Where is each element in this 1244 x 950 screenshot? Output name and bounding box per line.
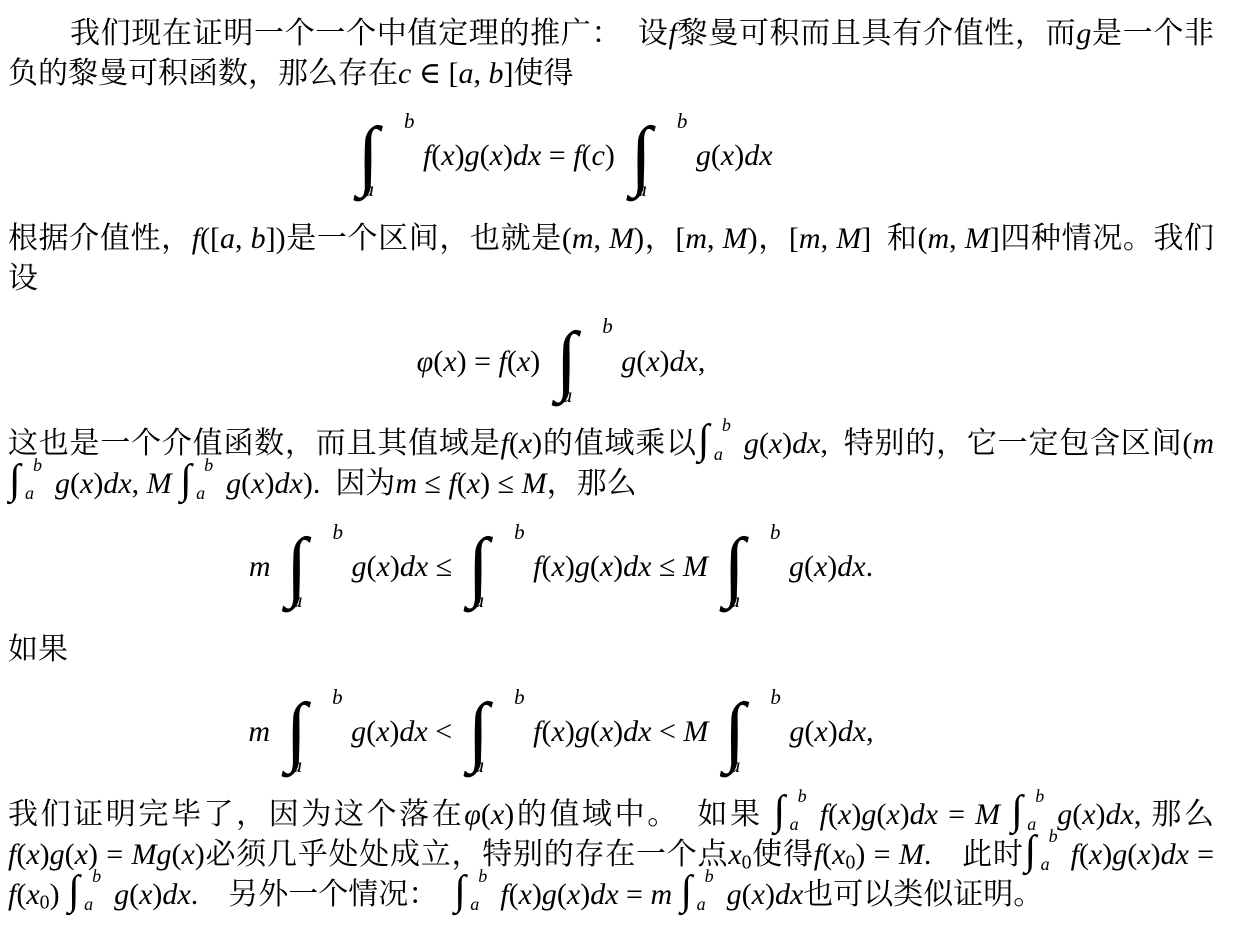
integral-upper-limit: b [770,684,781,712]
integral-sign: ∫ [180,459,192,501]
display-integral: ∫ba [464,528,522,606]
text-run: 也可以类似证明。 [803,878,1043,911]
text-run: 如果 [8,633,68,666]
math-run: f(x)g(x)dx = m [500,878,679,911]
text-run: ， [758,222,789,255]
integral-upper-limit: b [33,454,42,478]
math-run: ) [50,878,68,911]
text-run: 使得 [514,57,574,90]
math-run: f(x)g(x) = Mg(x) [8,838,205,871]
math-run: c ∈ [a, b] [398,57,514,90]
integral-sign: ∫ [698,419,710,461]
math-run: f(x)g(x)dx = M [820,798,1011,831]
inline-integral: ∫ba [180,467,225,499]
text-run: 的值域中。 如果 [514,798,772,831]
text-run: 这也是一个介值函数，而且其值域是 [8,427,500,460]
paragraph: 如果 [8,630,1214,670]
display-formula: m ∫ba g(x)dx ≤ ∫ba f(x)g(x)dx ≤ M ∫ba g(… [8,524,1214,610]
integral-upper-limit: b [798,785,807,809]
text-run: 是一个区间，也就是 [286,222,562,255]
math-run: g(x)dx). [226,467,320,500]
integral-sign: ∫ [774,790,786,832]
integral-upper-limit: b [478,865,487,889]
integral-upper-limit: b [92,865,101,889]
inline-integral: ∫ba [681,878,726,910]
integral-upper-limit: b [602,313,613,341]
integral-sign: ∫ [454,870,466,912]
display-formula: m ∫ba g(x)dx < ∫ba f(x)g(x)dx < M ∫ba g(… [8,689,1214,775]
document-page: 我们现在证明一个一个中值定理的推广： 设f黎曼可积而且具有介值性，而g是一个非负… [0,0,1244,950]
paragraph: 我们证明完毕了，因为这个落在φ(x)的值域中。 如果 ∫baf(x)g(x)dx… [8,795,1214,916]
text-run: 我们证明完毕了，因为这个落在 [8,798,464,831]
subscript: 0 [40,892,50,914]
text-run: 和 [871,222,917,255]
integral-sign: ∫ [681,870,693,912]
integral-lower-limit: a [292,587,303,615]
math-run: (m [1182,427,1214,460]
text-run: 因为 [320,467,395,500]
integral-lower-limit: a [470,893,479,917]
text-run: 我们现在证明一个一个中值定理的推广： 设 [70,17,669,50]
integral-upper-limit: b [705,865,714,889]
text-run: 那么 [1141,798,1214,831]
display-integral: ∫ba [552,322,610,400]
integral-upper-limit: b [514,684,525,712]
inline-integral: ∫ba [698,427,743,459]
integral-lower-limit: a [714,443,723,467]
text-run: 此时 [931,838,1023,871]
display-integral: ∫ba [464,693,522,771]
integral-upper-limit: b [770,519,781,547]
math-run: m [248,712,277,752]
integral-lower-limit: a [84,893,93,917]
text-run: ，那么 [547,467,637,500]
math-run: m ≤ f(x) ≤ M [395,467,546,500]
math-run: f(x) [500,427,542,460]
integral-lower-limit: a [292,752,303,780]
text-run: 特别的，它一定包含区间 [828,427,1182,460]
integral-upper-limit: b [1049,825,1058,849]
math-run: g(x)dx [688,136,772,176]
inline-integral: ∫ba [9,467,54,499]
paragraph: 我们现在证明一个一个中值定理的推广： 设f黎曼可积而且具有介值性，而g是一个非负… [8,14,1214,93]
integral-lower-limit: a [474,752,485,780]
math-run: g(x)dx, [1057,798,1141,831]
integral-upper-limit: b [404,108,415,136]
inline-integral: ∫ba [1025,838,1070,870]
math-run: φ(x) = f(x) [417,342,548,382]
display-integral: ∫ba [720,693,778,771]
integral-lower-limit: a [729,587,740,615]
math-run: g(x)dx, [744,427,828,460]
math-run: ) = M. [855,838,931,871]
math-run: φ(x) [464,798,514,831]
display-integral: ∫ba [282,693,340,771]
text-run: 的值域乘以 [542,427,697,460]
inline-integral: ∫ba [68,878,113,910]
display-integral: ∫ba [719,528,777,606]
integral-upper-limit: b [1035,785,1044,809]
integral-lower-limit: a [697,893,706,917]
math-run: x [728,838,741,871]
math-run: f(x)g(x)dx = f(c) [415,136,622,176]
math-run: (m, M) [562,222,644,255]
integral-upper-limit: b [677,108,688,136]
math-run: f(x)g(x)dx < M [526,712,716,752]
integral-sign: ∫ [9,459,21,501]
display-integral: ∫ba [282,528,340,606]
integral-upper-limit: b [333,519,344,547]
inline-integral: ∫ba [454,878,499,910]
math-run: g(x)dx, [614,342,706,382]
integral-lower-limit: a [730,752,741,780]
display-integral: ∫ba [353,117,411,195]
math-run: f [669,17,677,50]
text-run: 根据介值性， [8,222,192,255]
math-run: f(x)g(x)dx ≤ M [526,547,716,587]
integral-upper-limit: b [722,414,731,438]
integral-lower-limit: a [25,482,34,506]
text-run: 使得 [752,838,814,871]
subscript: 0 [845,851,855,873]
subscript: 0 [742,851,752,873]
integral-sign: ∫ [68,870,80,912]
math-run: g(x)dx ≤ [344,547,460,587]
paragraph: 这也是一个介值函数，而且其值域是f(x)的值域乘以∫bag(x)dx, 特别的，… [8,424,1214,503]
math-run: g(x)dx, M [55,467,179,500]
math-run: g(x)dx, [782,712,874,752]
integral-upper-limit: b [332,684,343,712]
math-run: (m, M] [917,222,999,255]
integral-upper-limit: b [514,519,525,547]
inline-integral: ∫ba [774,798,819,830]
display-integral: ∫ba [626,117,684,195]
math-run: g(x)dx [727,878,804,911]
math-run: m [249,547,278,587]
integral-lower-limit: a [474,587,485,615]
math-run: g(x)dx. [781,547,873,587]
integral-lower-limit: a [363,176,374,204]
math-run: [m, M] [789,222,871,255]
math-run: f(x [814,838,846,871]
math-run: g(x)dx. [114,878,198,911]
math-run: f([a, b]) [192,222,286,255]
display-formula: φ(x) = f(x) ∫ba g(x)dx, [8,318,1214,404]
text-run: 黎曼可积而且具有介值性，而 [677,17,1076,50]
integral-sign: ∫ [1025,830,1037,872]
text-run: 另外一个情况： [198,878,453,911]
paragraph: 根据介值性，f([a, b])是一个区间，也就是(m, M)，[m, M)，[m… [8,219,1214,298]
math-run: g [1076,17,1091,50]
text-run: 必须几乎处处成立，特别的存在一个点 [205,838,729,871]
content: 我们现在证明一个一个中值定理的推广： 设f黎曼可积而且具有介值性，而g是一个非负… [8,14,1214,916]
integral-lower-limit: a [1041,853,1050,877]
integral-sign: ∫ [1011,790,1023,832]
integral-lower-limit: a [196,482,205,506]
integral-lower-limit: a [562,382,573,410]
text-run: ， [644,222,675,255]
display-formula: ∫ba f(x)g(x)dx = f(c) ∫ba g(x)dx [8,113,1214,199]
integral-lower-limit: a [790,813,799,837]
integral-lower-limit: a [636,176,647,204]
math-run: g(x)dx < [344,712,460,752]
math-run: [m, M) [675,222,757,255]
integral-upper-limit: b [204,454,213,478]
